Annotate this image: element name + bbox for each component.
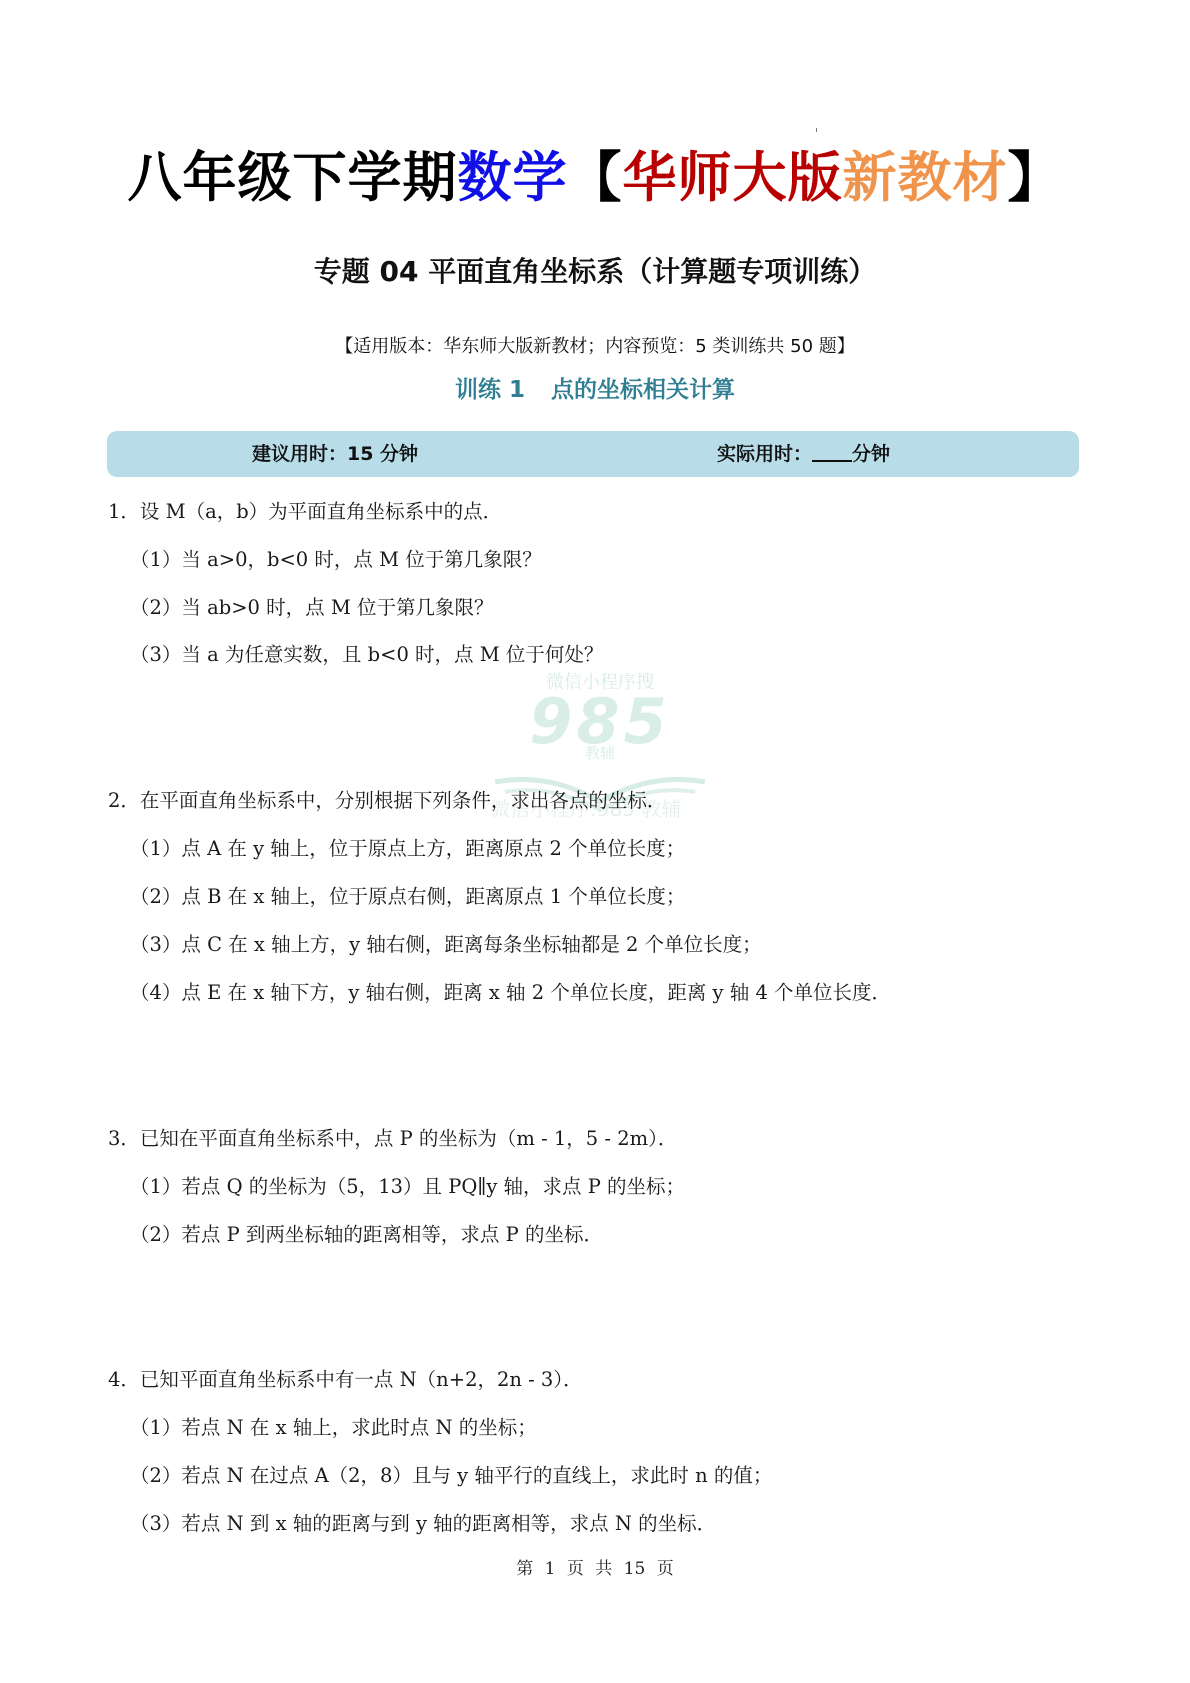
question-4-part-3: （3）若点 N 到 x 轴的距离与到 y 轴的距离相等，求点 N 的坐标．	[130, 1510, 716, 1538]
actual-time-blank	[812, 434, 852, 462]
question-1-part-2: （2）当 ab>0 时，点 M 位于第几象限？	[130, 594, 494, 622]
edition-meta: 【适用版本：华东师大版新教材；内容预览：5 类训练共 50 题】	[0, 333, 1190, 361]
question-1-stem: 1．设 M（a，b）为平面直角坐标系中的点．	[108, 498, 502, 526]
question-3-part-2: （2）若点 P 到两坐标轴的距离相等，求点 P 的坐标．	[130, 1221, 603, 1249]
question-2-part-2: （2）点 B 在 x 轴上，位于原点右侧，距离原点 1 个单位长度；	[130, 883, 685, 911]
title-part-subject: 数学	[458, 146, 568, 209]
section-label: 训练 1	[455, 377, 525, 403]
question-2-part-4: （4）点 E 在 x 轴下方，y 轴右侧，距离 x 轴 2 个单位长度，距离 y…	[130, 979, 891, 1007]
question-2-stem: 2．在平面直角坐标系中，分别根据下列条件，求出各点的坐标．	[108, 787, 666, 815]
section-title: 点的坐标相关计算	[551, 377, 735, 403]
question-3-stem: 3．已知在平面直角坐标系中，点 P 的坐标为（m - 1，5 - 2m）．	[108, 1125, 677, 1153]
question-1-part-1: （1）当 a>0，b<0 时，点 M 位于第几象限？	[130, 546, 542, 574]
actual-time-label: 实际用时：	[717, 443, 812, 465]
suggested-time: 建议用时：15 分钟	[252, 431, 418, 477]
question-1-part-3: （3）当 a 为任意实数，且 b<0 时，点 M 位于何处？	[130, 641, 603, 669]
question-4-part-1: （1）若点 N 在 x 轴上，求此时点 N 的坐标；	[130, 1414, 537, 1442]
page-footer: 第 1 页 共 15 页	[0, 1557, 1190, 1581]
main-title: 八年级下学期数学【华师大版新教材】	[0, 146, 1190, 210]
actual-time: 实际用时：分钟	[717, 431, 890, 477]
time-bar: 建议用时：15 分钟 实际用时：分钟	[107, 431, 1079, 477]
title-part-grade: 八年级下学期	[128, 146, 458, 209]
watermark-small-text: 教辅	[480, 744, 720, 762]
topic-subtitle: 专题 04 平面直角坐标系（计算题专项训练）	[0, 252, 1190, 292]
question-4-stem: 4．已知平面直角坐标系中有一点 N（n+2，2n - 3）．	[108, 1366, 583, 1394]
question-4-part-2: （2）若点 N 在过点 A（2，8）且与 y 轴平行的直线上，求此时 n 的值；	[130, 1462, 772, 1490]
question-3-part-1: （1）若点 Q 的坐标为（5，13）且 PQ∥y 轴，求点 P 的坐标；	[130, 1173, 685, 1201]
title-part-new-textbook: 新教材	[843, 146, 1008, 209]
question-2-part-3: （3）点 C 在 x 轴上方，y 轴右侧，距离每条坐标轴都是 2 个单位长度；	[130, 931, 762, 959]
section-heading: 训练 1点的坐标相关计算	[0, 374, 1190, 406]
stray-mark	[816, 128, 817, 132]
question-2-part-1: （1）点 A 在 y 轴上，位于原点上方，距离原点 2 个单位长度；	[130, 835, 685, 863]
title-bracket-close: 】	[1008, 146, 1063, 209]
title-part-edition: 华师大版	[623, 146, 843, 209]
watermark-top-text: 微信小程序搜	[480, 672, 720, 694]
title-bracket-open: 【	[568, 146, 623, 209]
actual-time-unit: 分钟	[852, 443, 890, 465]
watermark-number: 985	[480, 694, 720, 750]
